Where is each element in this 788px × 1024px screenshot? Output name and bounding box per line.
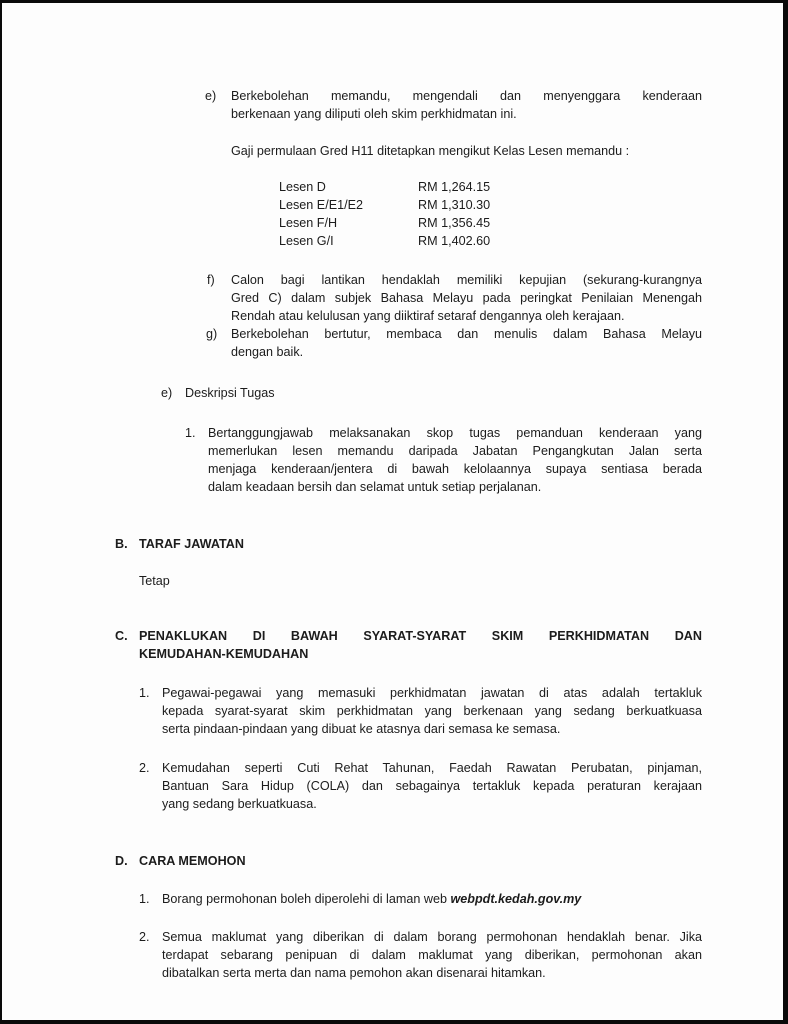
item-e-text: Berkebolehan memandu, mengendali dan men…: [231, 87, 702, 123]
salary-row: Lesen E/E1/E2 RM 1,310.30: [279, 196, 509, 214]
salary-amount: RM 1,356.45: [418, 214, 490, 232]
section-b-letter: B.: [115, 535, 128, 553]
section-c-item-text: Pegawai-pegawai yang memasuki perkhidmat…: [162, 684, 702, 738]
section-d-letter: D.: [115, 852, 128, 870]
item-e-marker: e): [205, 87, 216, 105]
section-c-item-number: 2.: [139, 759, 150, 777]
section-c-title: PENAKLUKAN DI BAWAH SYARAT-SYARAT SKIM P…: [139, 627, 702, 663]
salary-amount: RM 1,402.60: [418, 232, 490, 250]
salary-amount: RM 1,264.15: [418, 178, 490, 196]
item-g-marker: g): [206, 325, 217, 343]
duties-heading: Deskripsi Tugas: [185, 384, 275, 402]
item-f-marker: f): [207, 271, 215, 289]
salary-row: Lesen D RM 1,264.15: [279, 178, 509, 196]
section-b-title: TARAF JAWATAN: [139, 535, 244, 553]
salary-intro: Gaji permulaan Gred H11 ditetapkan mengi…: [231, 142, 629, 160]
section-d-title: CARA MEMOHON: [139, 852, 246, 870]
section-c-item-text: Kemudahan seperti Cuti Rehat Tahunan, Fa…: [162, 759, 702, 813]
item-g-text: Berkebolehan bertutur, membaca dan menul…: [231, 325, 702, 361]
section-b-body: Tetap: [139, 572, 170, 590]
section-d-item-text: Semua maklumat yang diberikan di dalam b…: [162, 928, 702, 982]
item-f-text: Calon bagi lantikan hendaklah memiliki k…: [231, 271, 702, 325]
duties-marker: e): [161, 384, 172, 402]
salary-amount: RM 1,310.30: [418, 196, 490, 214]
license-class: Lesen D: [279, 178, 326, 196]
license-class: Lesen G/I: [279, 232, 334, 250]
license-class: Lesen F/H: [279, 214, 337, 232]
section-d-item-number: 2.: [139, 928, 150, 946]
duty-number: 1.: [185, 424, 196, 442]
section-d-item-text: Borang permohonan boleh diperolehi di la…: [162, 890, 581, 908]
salary-row: Lesen G/I RM 1,402.60: [279, 232, 509, 250]
license-class: Lesen E/E1/E2: [279, 196, 363, 214]
section-c-item-number: 1.: [139, 684, 150, 702]
website-link[interactable]: webpdt.kedah.gov.my: [450, 892, 581, 906]
salary-row: Lesen F/H RM 1,356.45: [279, 214, 509, 232]
duty-text: Bertanggungjawab melaksanakan skop tugas…: [208, 424, 702, 496]
section-d-item-number: 1.: [139, 890, 150, 908]
section-c-letter: C.: [115, 627, 128, 645]
document-page: e) Berkebolehan memandu, mengendali dan …: [2, 3, 783, 1020]
